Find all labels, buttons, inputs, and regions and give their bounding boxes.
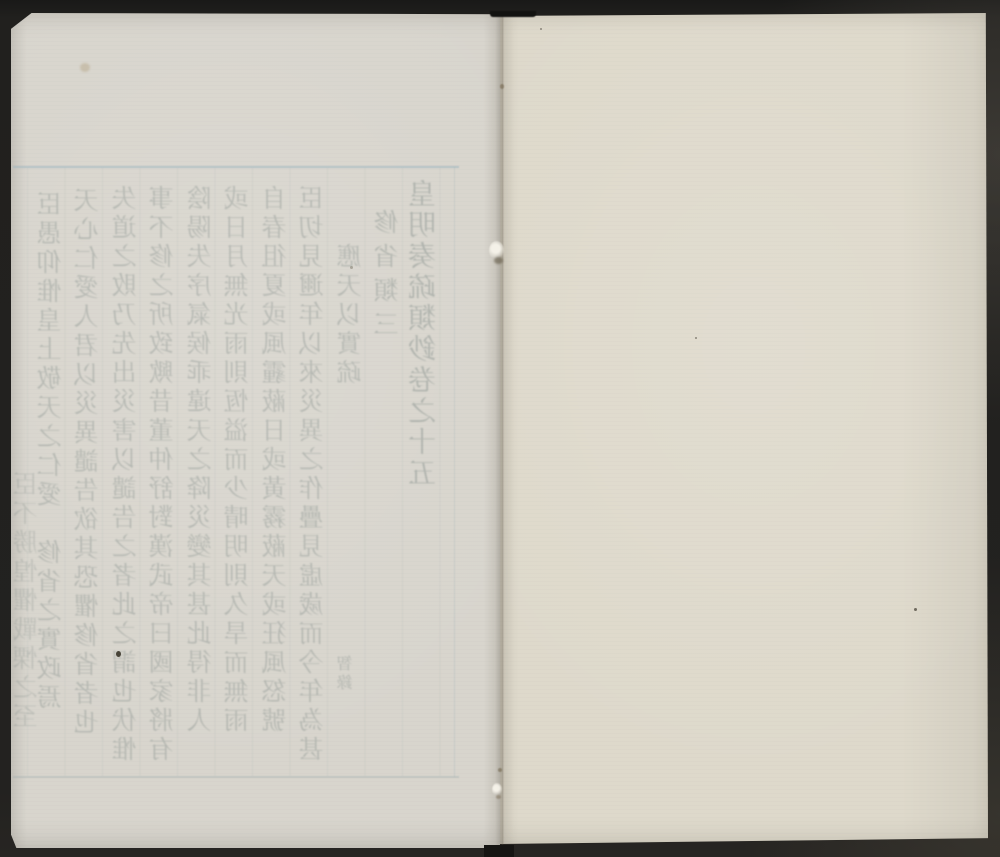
show-through-body-column: 或日月無光雨則恆溢而少晴明則久旱而無雨 [225,185,255,736]
show-through-memorial-title-column: 應天以實疏 [338,243,368,388]
left-page: 皇明奏疏類鈔卷之十五 修省類三 應天以實疏 智錄 臣切見邇年以來災異之作疊見虛歲… [11,13,500,848]
show-through-annotation-column: 智錄 [338,655,358,693]
show-through-body-column-partial: 臣不勝惶懼戰慄之至 [14,471,44,732]
ink-speck [116,651,121,657]
show-through-body-column: 陰陽失序氣候乖違天之降災變其甚此得非人 [188,185,218,736]
dust-speck [540,28,542,30]
dust-speck [914,608,917,611]
dust-speck [350,266,353,269]
show-through-body-column: 自春徂夏或風霾蔽日或黃霧蔽天或狂風怒號 [263,185,293,736]
paper-bump-shadow [494,257,503,264]
show-through-body-column: 事不修之所致歟昔董仲舒對漢武帝曰國家將有 [150,185,180,765]
gutter-notch-bottom [484,845,514,857]
gutter-notch-top [490,11,536,17]
show-through-body-column: 失道之敗乃先出災害以譴告之者此之謂也伏惟 [113,185,143,765]
dust-speck [695,337,697,339]
show-through-frame-bottom-line [13,776,459,778]
stitch-hole [498,768,502,772]
show-through-body-column: 臣切見邇年以來災異之作疊見虛歲而今年為甚 [300,185,330,765]
book-scan: 皇明奏疏類鈔卷之十五 修省類三 應天以實疏 智錄 臣切見邇年以來災異之作疊見虛歲… [0,0,1000,857]
paper-stain [80,63,90,72]
stitch-hole [500,84,504,89]
show-through-section-heading-column: 修省類三 [375,209,405,345]
show-through-volume-title-column: 皇明奏疏類鈔卷之十五 [410,179,440,489]
right-page [500,13,988,844]
paper-bump-shadow [496,795,501,799]
show-through-body-column: 天心仁愛人君以災異譴告欲其恐懼修省者也 [75,187,105,738]
center-fold [483,12,519,848]
